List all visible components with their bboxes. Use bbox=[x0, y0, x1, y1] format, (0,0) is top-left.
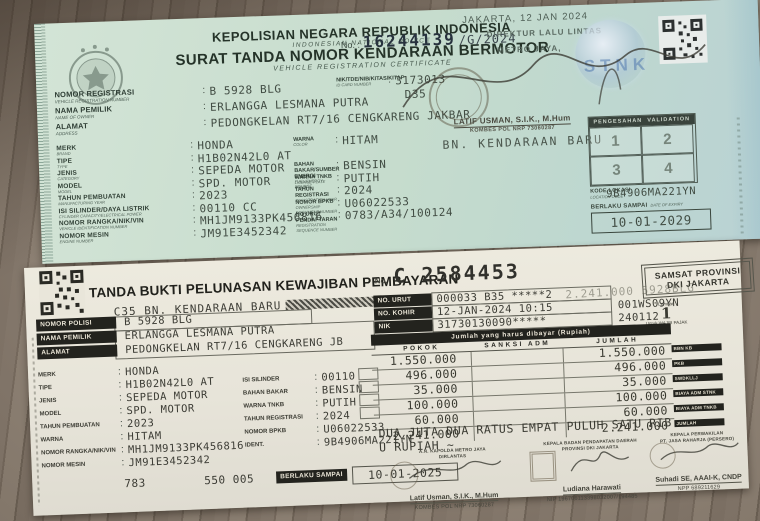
field-row-no-urut: NO URUT PENDAFTARANREGISTRATION SEQUENCE… bbox=[296, 206, 454, 232]
payment-row-label: SWDKLLJ bbox=[673, 373, 723, 382]
field-value: B 5928 BLG bbox=[209, 83, 282, 98]
footer-code1: 783 bbox=[124, 477, 146, 490]
receipt-serial-block: No. C 2584453 bbox=[374, 259, 520, 289]
validation-subtitle: VALIDATION bbox=[647, 116, 690, 123]
qr-code-icon bbox=[38, 269, 86, 317]
payment-row-label: BIAYA ADM TNKB bbox=[674, 403, 724, 412]
validation-table: PENGESAHAN VALIDATION 1 2 3 4 bbox=[588, 113, 698, 187]
checkbox bbox=[360, 406, 380, 419]
field-sublabel: ID CARD NUMBER bbox=[336, 82, 388, 88]
footer-code2: 550 005 bbox=[204, 473, 254, 487]
expiry-box: 10-01-2029 bbox=[591, 208, 712, 233]
checkbox bbox=[359, 393, 379, 406]
validation-cell-4: 4 bbox=[642, 153, 695, 184]
receipt-serial: C 2584453 bbox=[393, 259, 520, 288]
validation-title: PENGESAHAN bbox=[593, 118, 642, 126]
payment-row-label: JUMLAH bbox=[674, 418, 724, 427]
expiry-label: BERLAKU SAMPAI bbox=[276, 469, 347, 484]
official-stamp bbox=[532, 453, 555, 480]
field-row-warna: WARNACOLOR:HITAM bbox=[293, 134, 378, 149]
checkbox bbox=[358, 367, 378, 380]
security-strip bbox=[34, 24, 53, 264]
edge-microprint bbox=[32, 338, 40, 506]
serial-label: No. : bbox=[341, 40, 360, 51]
official-stamp bbox=[390, 461, 419, 490]
signature-scribble bbox=[540, 448, 641, 474]
payment-row-label: BIAYA ADM STNK bbox=[673, 388, 723, 397]
signature-block-bapenda: KEPALA BADAN PENDAPATAN DAERAH PROVINSI … bbox=[523, 437, 659, 504]
expiry-value: 10-01-2029 bbox=[610, 214, 692, 229]
receipt-no-label: No. bbox=[375, 276, 388, 285]
perforation-dots bbox=[737, 117, 744, 233]
signer-block: LATIF USMAN, S.I.K., M.Hum KOMBES POL NR… bbox=[454, 113, 572, 134]
validation-cell-1: 1 bbox=[589, 126, 642, 157]
wood-background: KEPOLISIAN NEGARA REPUBLIK INDONESIA IND… bbox=[0, 0, 760, 521]
validation-cell-3: 3 bbox=[590, 155, 643, 186]
skpd-document: TANDA BUKTI PELUNASAN KEWAJIBAN PEMBAYAR… bbox=[24, 241, 749, 516]
stnk-document: KEPOLISIAN NEGARA REPUBLIK INDONESIA IND… bbox=[34, 0, 760, 264]
payment-row-label: BBN KB bbox=[671, 343, 721, 352]
location-code-value: 9B4906MA221YN bbox=[606, 185, 696, 200]
signature-block-police: A.N. KAPOLDA METRO JAYA DIRLANTAS Latif … bbox=[387, 445, 519, 512]
stamp-note: BN. KENDARAAN BARU bbox=[442, 132, 603, 152]
signature-block-jasaraharja: KEPALA PERWAKILAN PT. JASA RAHARJA (PERS… bbox=[649, 429, 747, 493]
checkbox bbox=[359, 380, 379, 393]
official-stamp bbox=[649, 442, 676, 469]
payment-row-label: PKB bbox=[672, 358, 722, 367]
validation-cell-2: 2 bbox=[641, 124, 694, 155]
